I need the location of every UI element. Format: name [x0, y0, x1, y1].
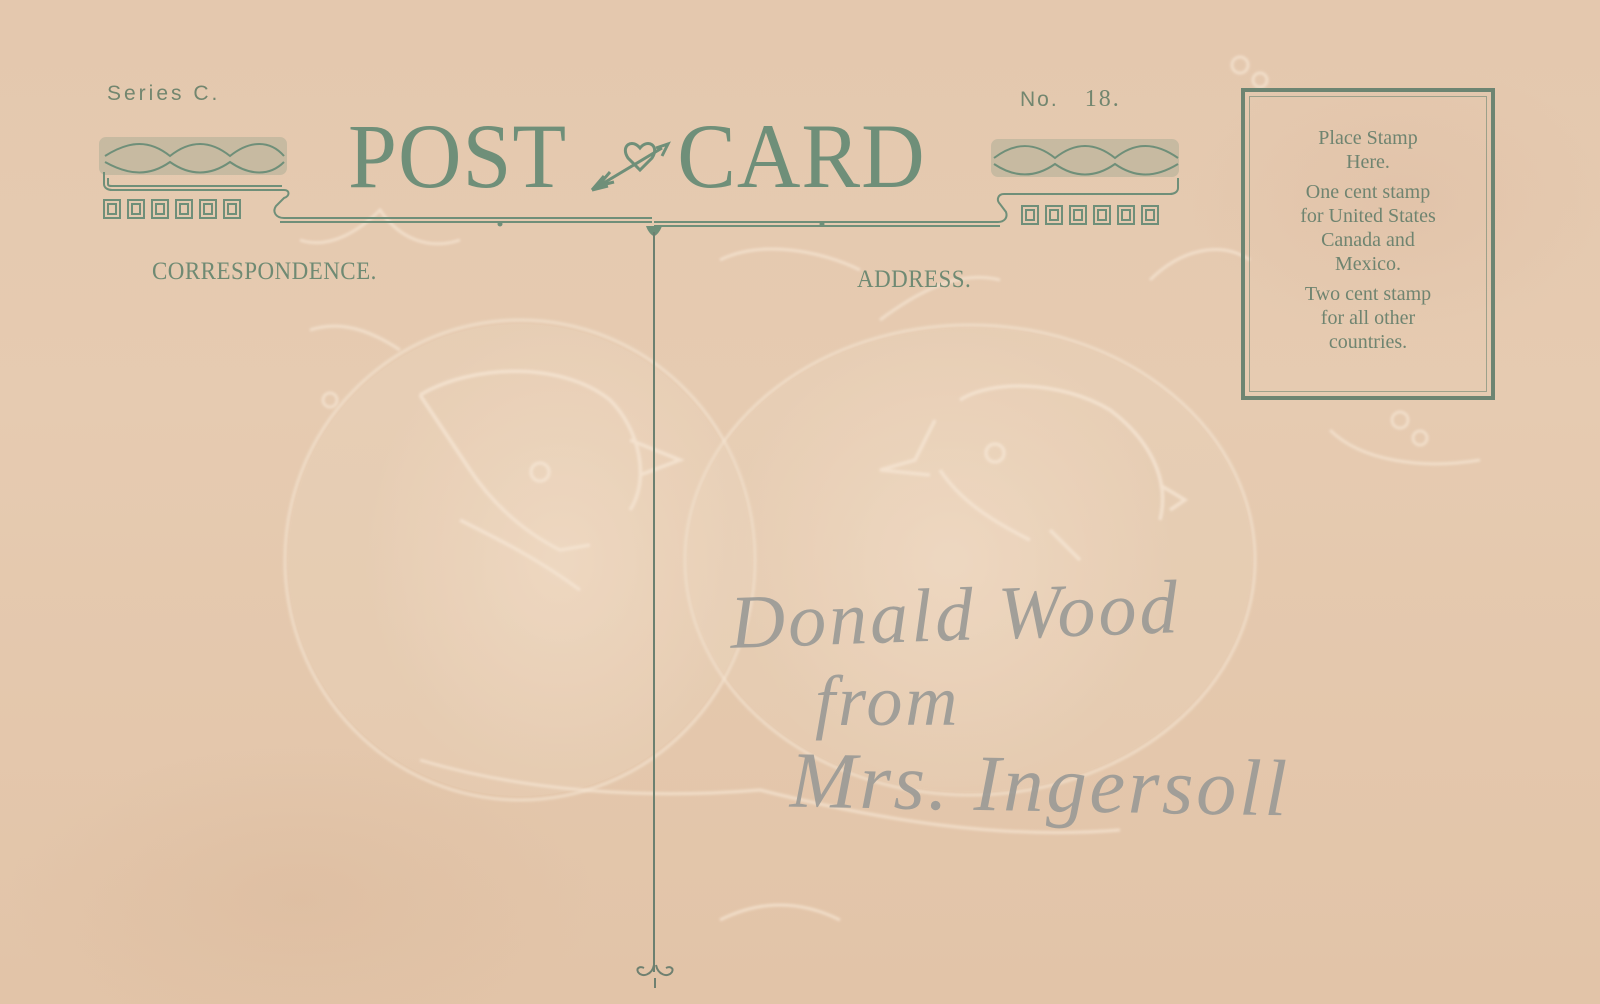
stamp-box: Place Stamp Here. One cent stamp for Uni… [1241, 88, 1495, 400]
square-ornaments-left [104, 200, 240, 218]
card-number: No.18. [1020, 86, 1121, 113]
domestic-line-4: Mexico. [1335, 253, 1401, 275]
correspondence-label: CORRESPONDENCE. [152, 258, 377, 286]
handwritten-sender: Mrs. Ingersoll [789, 736, 1290, 836]
title-card: CARD [677, 106, 926, 208]
stamp-line-2: Here. [1346, 151, 1390, 173]
foreign-line-3: countries. [1329, 331, 1407, 353]
foreign-line-2: for all other [1321, 307, 1415, 329]
domestic-line-1: One cent stamp [1306, 181, 1430, 203]
rule-ornaments [498, 222, 825, 237]
card-number-value: 18. [1085, 86, 1121, 112]
handwritten-from: from [815, 660, 960, 743]
stamp-line-1: Place Stamp [1318, 127, 1417, 149]
domestic-line-2: for United States [1300, 205, 1436, 227]
foreign-line-1: Two cent stamp [1305, 283, 1431, 305]
series-label: Series C. [107, 82, 220, 106]
title-post: POST [348, 106, 567, 208]
card-number-label: No. [1020, 88, 1059, 111]
address-label: ADDRESS. [857, 266, 971, 294]
postcard-back: Series C. No.18. POSTCARD CORRESPONDENCE… [0, 0, 1600, 1004]
stamp-instructions: Place Stamp Here. One cent stamp for Uni… [1245, 126, 1491, 360]
divider-foot-ornament [637, 965, 672, 988]
center-divider [653, 232, 655, 972]
domestic-line-3: Canada and [1321, 229, 1415, 251]
handwritten-recipient: Donald Wood [729, 564, 1182, 667]
square-ornaments-right [1022, 206, 1158, 224]
postcard-title: POSTCARD [348, 104, 926, 210]
